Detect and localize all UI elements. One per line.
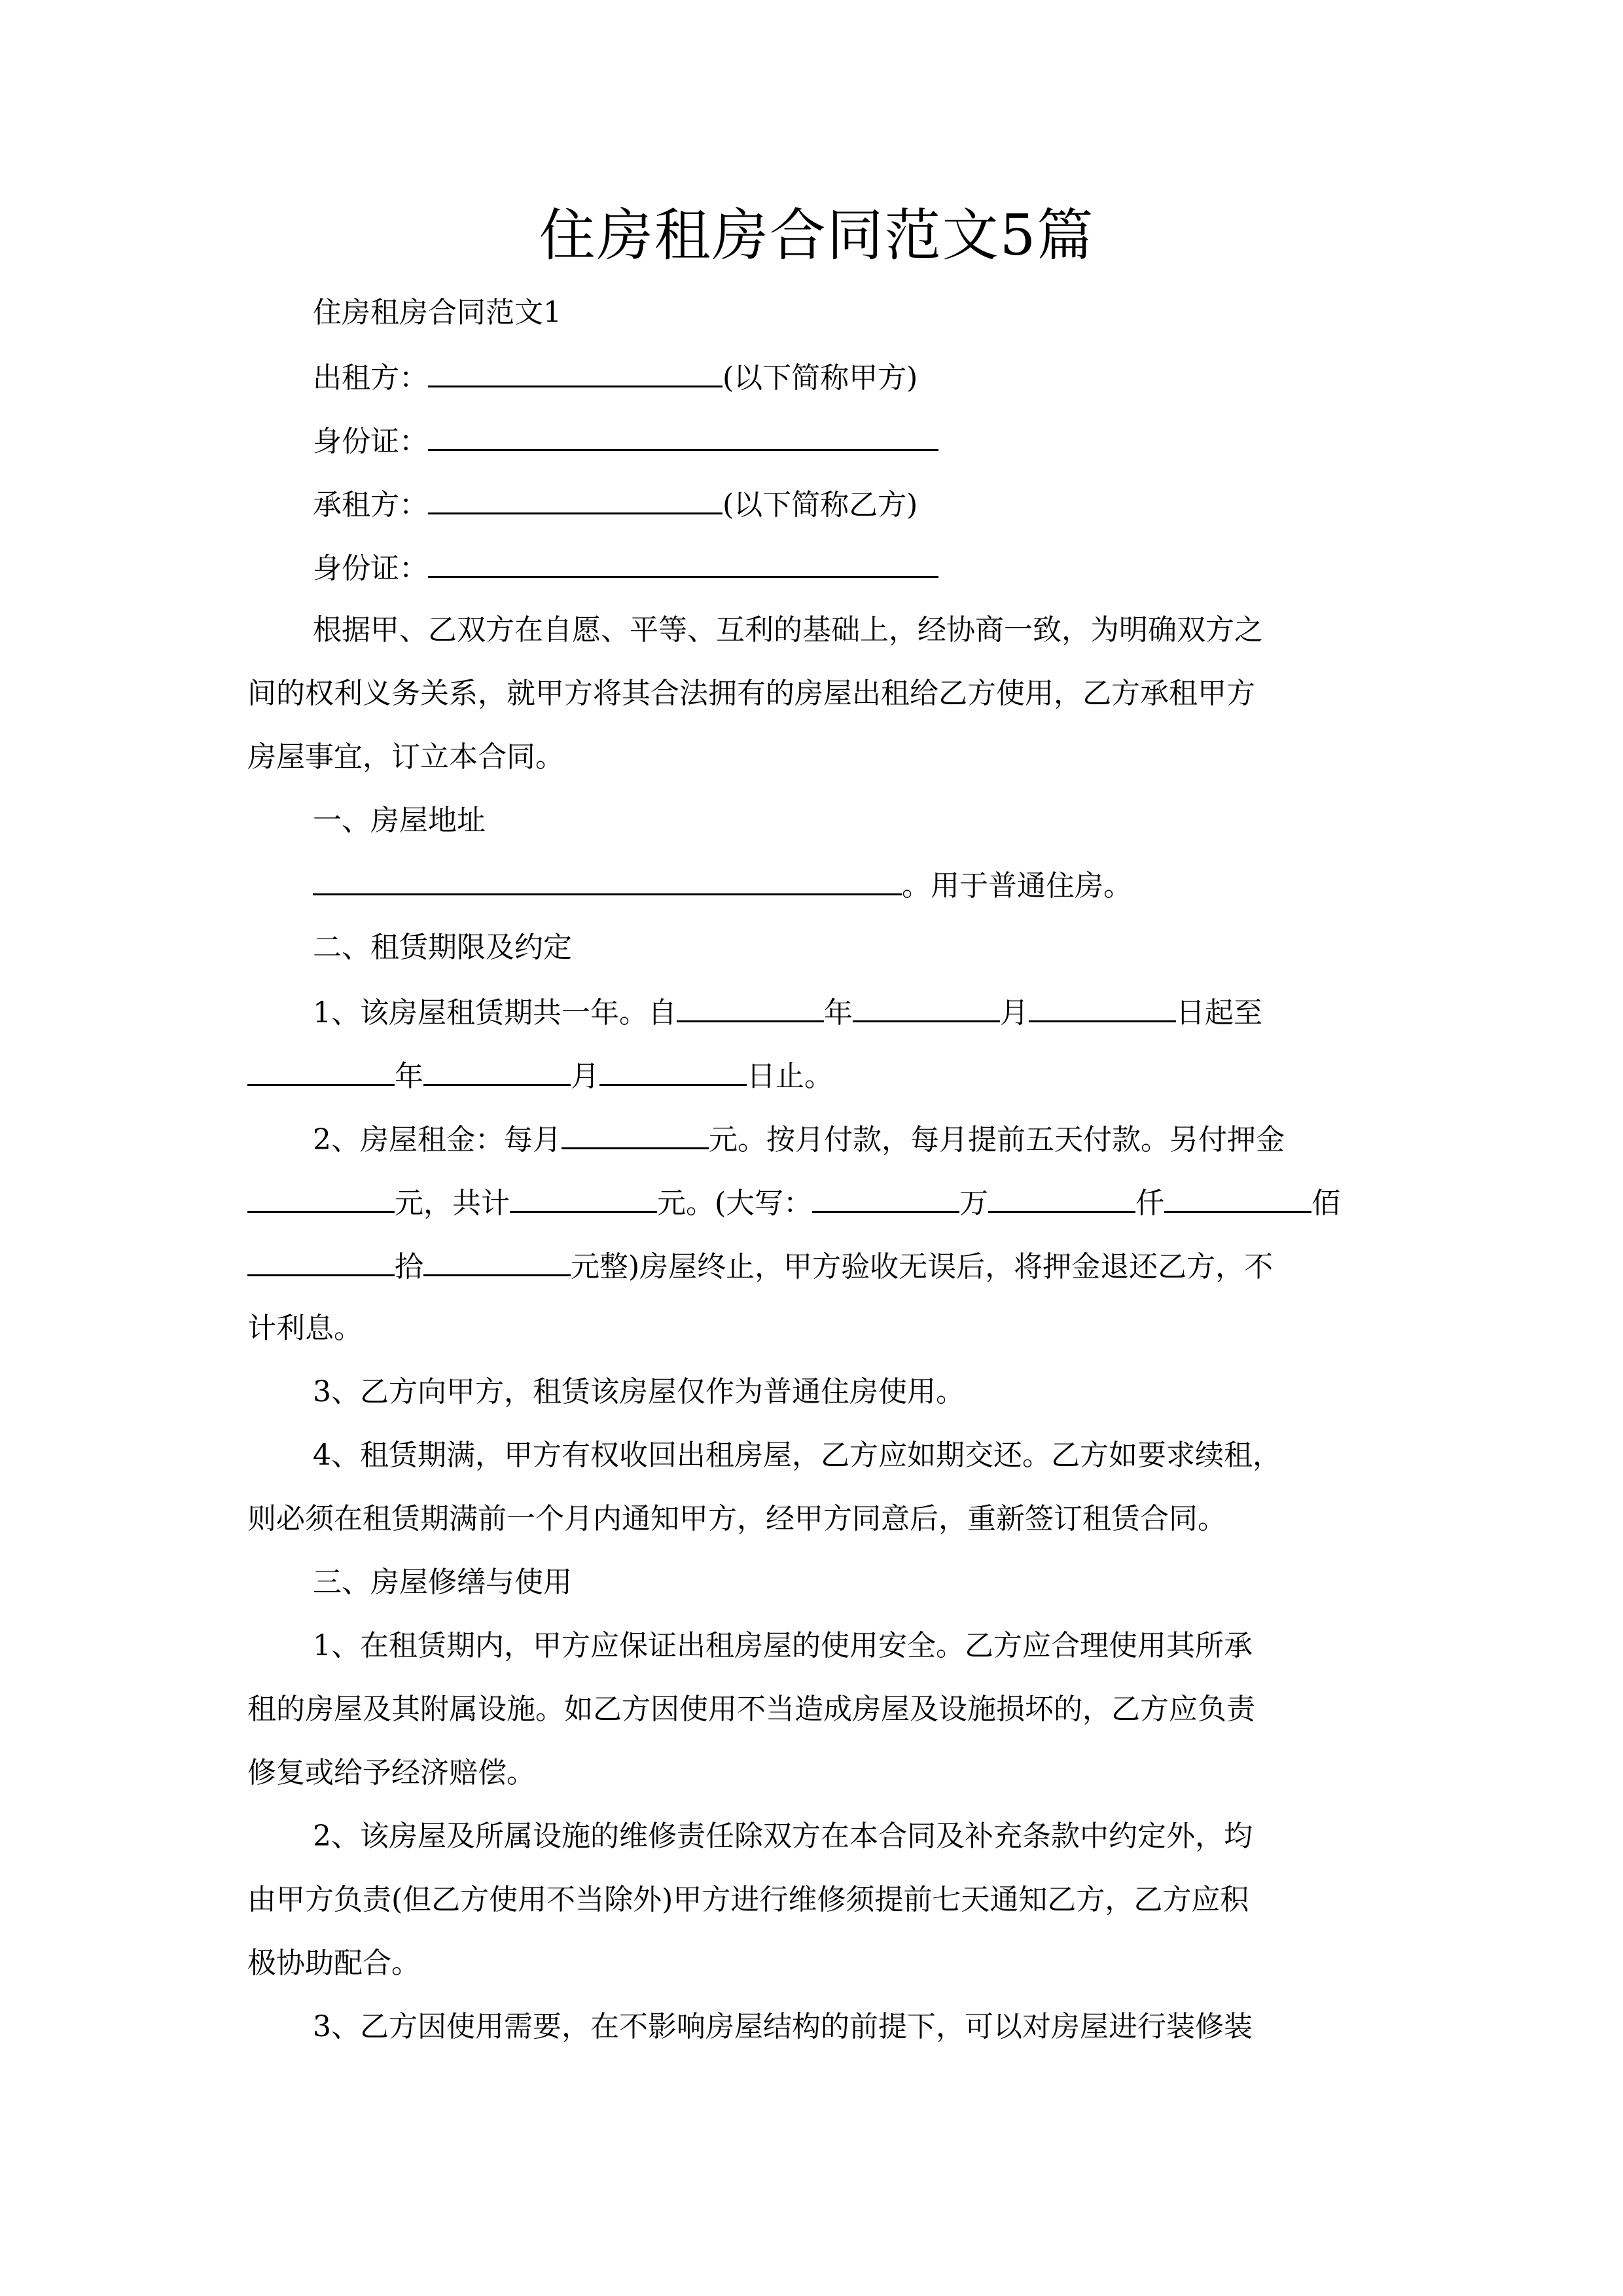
rent-line-3: 拾元整)房屋终止，甲方验收无误后，将押金退还乙方，不 — [247, 1246, 1386, 1287]
address-suffix: 。用于普通住房。 — [902, 869, 1132, 903]
lessor-blank — [428, 357, 722, 387]
clause-line: 2、该房屋及所属设施的维修责任除双方在本合同及补充条款中约定外，均 — [247, 1817, 1452, 1856]
lessor-id-blank — [428, 420, 938, 451]
unit-label: 仟 — [1135, 1187, 1164, 1220]
lessor-id-line: 身份证： — [247, 420, 1452, 461]
rent-line-4: 计利息。 — [247, 1309, 1386, 1348]
blank — [247, 1182, 395, 1213]
blank — [423, 1246, 571, 1276]
clause-line: 租的房屋及其附属设施。如乙方因使用不当造成房屋及设施损坏的，乙方应负责 — [247, 1690, 1386, 1729]
intro-line: 根据甲、乙双方在自愿、平等、互利的基础上，经协商一致，为明确双方之 — [247, 611, 1452, 650]
lessee-id-line: 身份证： — [247, 547, 1452, 588]
rent-line: 2、房屋租金：每月元。按月付款，每月提前五天付款。另付押金 — [247, 1119, 1452, 1160]
term-line: 1、该房屋租赁期共一年。自年月日起至 — [247, 992, 1452, 1033]
blank — [423, 1055, 571, 1086]
contract-subtitle: 住房租房合同范文1 — [247, 293, 1452, 332]
blank — [988, 1182, 1135, 1213]
lessee-suffix: (以下简称乙方) — [722, 488, 918, 522]
rent-text: 2、房屋租金：每月 — [313, 1123, 562, 1157]
lessee-blank — [428, 484, 722, 514]
id-label: 身份证： — [313, 425, 428, 458]
blank — [853, 992, 1000, 1022]
clause-line: 3、乙方向甲方，租赁该房屋仅作为普通住房使用。 — [247, 1372, 1452, 1412]
document-title: 住房租房合同范文5篇 — [247, 196, 1386, 275]
clause-line: 则必须在租赁期满前一个月内通知甲方，经甲方同意后，重新签订租赁合同。 — [247, 1499, 1386, 1539]
year-label: 年 — [395, 1060, 423, 1093]
intro-line: 间的权利义务关系，就甲方将其合法拥有的房屋出租给乙方使用，乙方承租甲方 — [247, 674, 1386, 713]
blank — [677, 992, 824, 1022]
term-text: 1、该房屋租赁期共一年。自 — [313, 996, 677, 1030]
address-blank — [313, 865, 902, 895]
lessor-label: 出租方： — [313, 361, 428, 395]
blank — [247, 1055, 395, 1086]
blank — [1164, 1182, 1311, 1213]
lessor-suffix: (以下简称甲方) — [722, 361, 918, 395]
year-label: 年 — [824, 996, 853, 1030]
month-label: 月 — [571, 1060, 599, 1093]
intro-line: 房屋事宜，订立本合同。 — [247, 738, 1386, 777]
blank — [562, 1119, 709, 1149]
rent-text: 元，共计 — [395, 1187, 510, 1220]
section-heading: 一、房屋地址 — [247, 801, 1452, 840]
clause-line: 4、租赁期满，甲方有权收回出租房屋，乙方应如期交还。乙方如要求续租， — [247, 1436, 1452, 1475]
clause-line: 1、在租赁期内，甲方应保证出租房屋的使用安全。乙方应合理使用其所承 — [247, 1626, 1452, 1666]
clause-line: 3、乙方因使用需要，在不影响房屋结构的前提下，可以对房屋进行装修装 — [247, 2007, 1452, 2047]
rent-text: 元。(大写： — [657, 1187, 812, 1220]
month-label: 月 — [1000, 996, 1029, 1030]
unit-label: 拾 — [395, 1250, 423, 1283]
day-label: 日止。 — [747, 1060, 833, 1093]
lessor-line: 出租方：(以下简称甲方) — [247, 357, 1452, 398]
rent-text: 元。按月付款，每月提前五天付款。另付押金 — [709, 1123, 1285, 1157]
rent-text: 元整)房屋终止，甲方验收无误后，将押金退还乙方，不 — [571, 1250, 1273, 1283]
address-line: 。用于普通住房。 — [247, 865, 1452, 906]
day-label: 日起至 — [1176, 996, 1262, 1030]
clause-line: 修复或给予经济赔偿。 — [247, 1753, 1386, 1793]
blank — [599, 1055, 747, 1086]
lessee-line: 承租方：(以下简称乙方) — [247, 484, 1452, 525]
clause-line: 由甲方负责(但乙方使用不当除外)甲方进行维修须提前七天通知乙方，乙方应积 — [247, 1880, 1386, 1920]
blank — [812, 1182, 959, 1213]
lessee-label: 承租方： — [313, 488, 428, 522]
blank — [1029, 992, 1176, 1022]
section-heading: 二、租赁期限及约定 — [247, 928, 1452, 967]
lessee-id-blank — [428, 547, 938, 578]
blank — [247, 1246, 395, 1276]
clause-line: 极协助配合。 — [247, 1944, 1386, 1983]
section-heading: 三、房屋修缮与使用 — [247, 1563, 1452, 1602]
blank — [510, 1182, 657, 1213]
unit-label: 佰 — [1311, 1187, 1340, 1220]
rent-line-2: 元，共计元。(大写：万仟佰 — [247, 1182, 1386, 1223]
term-line-2: 年月日止。 — [247, 1055, 1386, 1096]
id-label: 身份证： — [313, 552, 428, 585]
unit-label: 万 — [959, 1187, 988, 1220]
